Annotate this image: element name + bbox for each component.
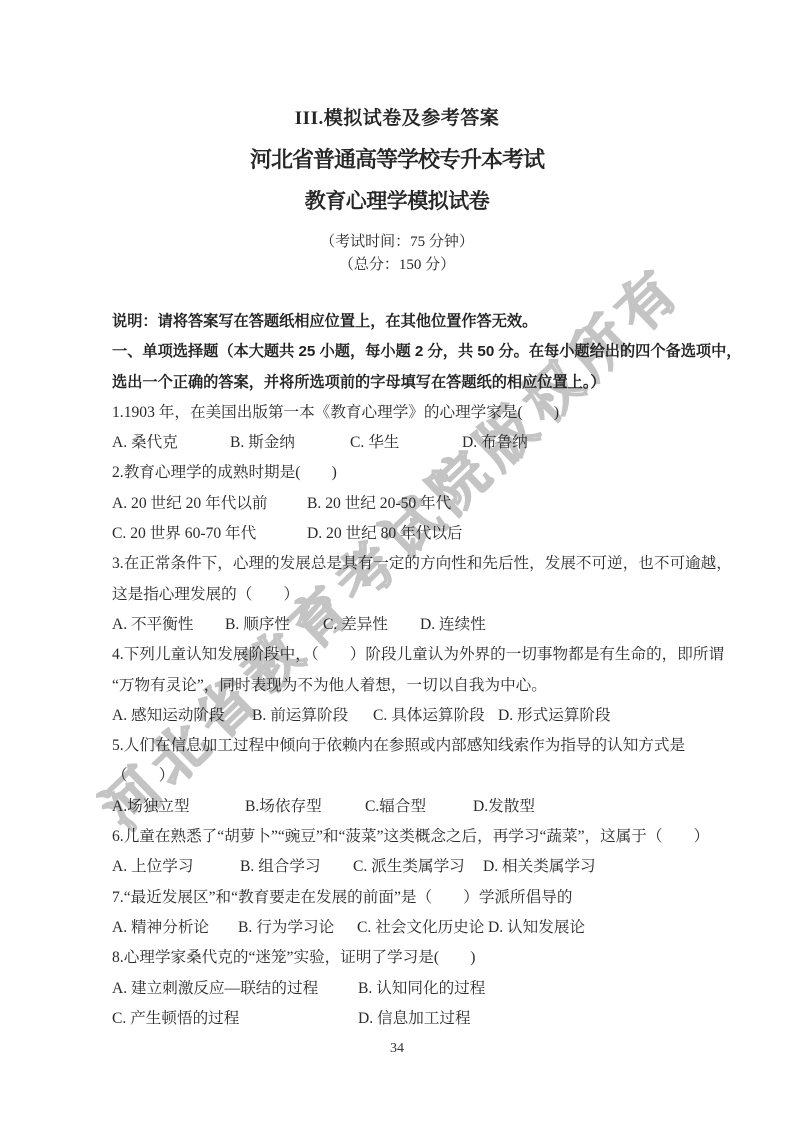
option: A. 不平衡性 [112,610,225,640]
options-line: A. 不平衡性B. 顺序性C. 差异性D. 连续性 [112,610,690,640]
option: D. 形式运算阶段 [498,701,611,731]
option: C. 社会文化历史论 [357,913,488,943]
options-line: A.场独立型B.场依存型C.辐合型D.发散型 [112,792,690,822]
body-lines: 说明：请将答案写在答题纸相应位置上，在其他位置作答无效。一、单项选择题（本大题共… [112,307,690,1034]
options-line: C. 产生顿悟的过程D. 信息加工过程 [112,1004,690,1034]
exam-title: 河北省普通高等学校专升本考试 [0,143,794,174]
option: C. 产生顿悟的过程 [112,1004,358,1034]
option: D. 相关类属学习 [483,852,596,882]
option: A. 感知运动阶段 [112,701,252,731]
exam-time-note: （考试时间：75 分钟） [0,230,794,251]
text-line: 这是指心理发展的（ ） [112,580,690,610]
text-line: 选出一个正确的答案，并将所选项前的字母填写在答题纸的相应位置上。） [112,368,690,398]
text-line: 7.“最近发展区”和“教育要走在发展的前面”是（ ）学派所倡导的 [112,883,690,913]
option: A.场独立型 [112,792,245,822]
options-line: C. 20 世界 60-70 年代D. 20 世纪 80 年代以后 [112,519,690,549]
option: D. 布鲁纳 [462,428,528,458]
option: A. 精神分析论 [112,913,238,943]
option: B. 行为学习论 [238,913,357,943]
text-line: 8.心理学家桑代克的“迷笼”实验，证明了学习是( ) [112,943,690,973]
page-number: 34 [0,1041,794,1057]
text-line: 4.下列儿童认知发展阶段中，（ ）阶段儿童认为外界的一切事物都是有生命的，即所谓 [112,640,690,670]
option: D. 信息加工过程 [358,1004,471,1034]
option: C. 差异性 [323,610,420,640]
options-line: A. 20 世纪 20 年代以前B. 20 世纪 20-50 年代 [112,489,690,519]
option: C. 20 世界 60-70 年代 [112,519,307,549]
option: D. 20 世纪 80 年代以后 [307,519,463,549]
options-line: A. 上位学习B. 组合学习C. 派生类属学习D. 相关类属学习 [112,852,690,882]
text-line: 1.1903 年，在美国出版第一本《教育心理学》的心理学家是( ) [112,398,690,428]
option: D. 连续性 [420,610,486,640]
option: C. 华生 [350,428,462,458]
option: C. 派生类属学习 [353,852,483,882]
text-line: 说明：请将答案写在答题纸相应位置上，在其他位置作答无效。 [112,307,690,337]
text-line: 3.在正常条件下，心理的发展总是具有一定的方向性和先后性，发展不可逆，也不可逾越… [112,549,690,579]
options-line: A. 精神分析论B. 行为学习论C. 社会文化历史论D. 认知发展论 [112,913,690,943]
option: B. 认知同化的过程 [358,974,485,1004]
options-line: A. 建立刺激反应—联结的过程B. 认知同化的过程 [112,974,690,1004]
option: A. 建立刺激反应—联结的过程 [112,974,358,1004]
text-line: （ ） [112,761,690,791]
option: D.发散型 [473,792,535,822]
option: C. 具体运算阶段 [373,701,498,731]
option: B. 斯金纳 [230,428,350,458]
text-line: 6.儿童在熟悉了“胡萝卜”“豌豆”和“菠菜”这类概念之后，再学习“蔬菜”，这属于… [112,822,690,852]
exam-page: 河北省教育考试院版权所有 III.模拟试卷及参考答案 河北省普通高等学校专升本考… [0,0,794,1123]
option: B. 前运算阶段 [252,701,373,731]
options-line: A. 桑代克B. 斯金纳C. 华生D. 布鲁纳 [112,428,690,458]
option: A. 20 世纪 20 年代以前 [112,489,307,519]
option: A. 桑代克 [112,428,230,458]
text-line: 2.教育心理学的成熟时期是( ) [112,458,690,488]
text-line: 5.人们在信息加工过程中倾向于依赖内在参照或内部感知线索作为指导的认知方式是 [112,731,690,761]
text-line: “万物有灵论”，同时表现为不为他人着想，一切以自我为中心。 [112,671,690,701]
option: B. 20 世纪 20-50 年代 [307,489,451,519]
option: B. 组合学习 [240,852,353,882]
text-line: 一、单项选择题（本大题共 25 小题，每小题 2 分，共 50 分。在每小题给出… [112,337,690,367]
option: A. 上位学习 [112,852,240,882]
options-line: A. 感知运动阶段B. 前运算阶段C. 具体运算阶段D. 形式运算阶段 [112,701,690,731]
option: D. 认知发展论 [488,913,585,943]
section-title: III.模拟试卷及参考答案 [0,103,794,130]
option: B.场依存型 [245,792,365,822]
option: B. 顺序性 [225,610,323,640]
exam-score-note: （总分：150 分） [0,253,794,274]
paper-title: 教育心理学模拟试卷 [0,185,794,215]
option: C.辐合型 [365,792,473,822]
